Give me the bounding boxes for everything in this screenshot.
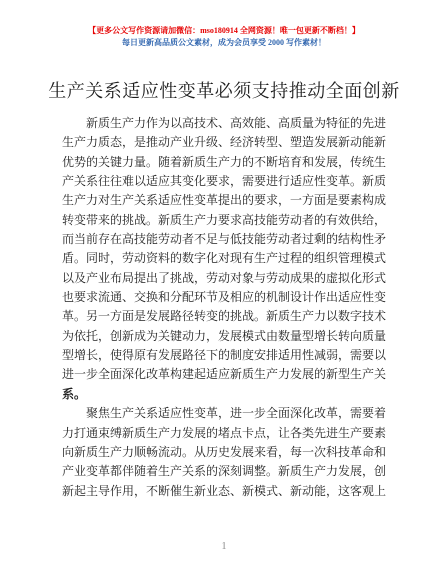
text-line: 力打通束缚新质生产力发展的堵点卡点，让各类先进生产要素 [62,424,386,443]
text-line: 产业变革都伴随着生产关系的深刻调整。新质生产力发展，创 [62,462,386,481]
text-line: 转变带来的挑战。新质生产力要求高技能劳动者的有效供给， [62,211,386,230]
text-line: 也要求流通、交换和分配环节及相应的机制设计作出适应性变 [62,288,386,307]
promo-line-blue: 每日更新高品质公文素材，成为会员享受 2000 写作素材！ [0,37,448,49]
paragraph: 聚焦生产关系适应性变革，进一步全面深化改革，需要着力打通束缚新质生产力发展的堵点… [62,404,386,501]
document-body: 新质生产力作为以高技术、高效能、高质量为特征的先进生产力质态，是推动产业升级、经… [62,114,386,501]
text-line: 产关系往往难以适应其变化要求，需要进行适应性变革。新质 [62,172,386,191]
text-line: 盾。同时，劳动资料的数字化对现有生产过程的组织管理模式 [62,249,386,268]
text-line: 革。另一方面是发展路径转变的挑战。新质生产力以数字技术 [62,307,386,326]
paragraph: 新质生产力作为以高技术、高效能、高质量为特征的先进生产力质态，是推动产业升级、经… [62,114,386,404]
text-line: 生产力对生产关系适应性变革提出的要求，一方面是要素构成 [62,191,386,210]
text-line: 型增长，使得原有发展路径下的制度安排适用性减弱，需要以 [62,346,386,365]
page-number: 1 [222,541,227,552]
document-page: 【更多公文写作资源请加微信：mso180914 全网资源！唯一包更新不断档！】 … [0,0,448,580]
promo-header: 【更多公文写作资源请加微信：mso180914 全网资源！唯一包更新不断档！】 … [0,25,448,49]
page-footer: 1 [0,536,448,554]
text-line: 进一步全面深化改革构建起适应新质生产力发展的新型生产关 [62,365,386,384]
text-line: 向新质生产力顺畅流动。从历史发展来看，每一次科技革命和 [62,443,386,462]
text-line: 而当前存在高技能劳动者不足与低技能劳动者过剩的结构性矛 [62,230,386,249]
text-line: 为依托，创新成为关键动力，发展模式由数量型增长转向质量 [62,327,386,346]
promo-line-red: 【更多公文写作资源请加微信：mso180914 全网资源！唯一包更新不断档！】 [0,25,448,37]
text-line: 以及产业布局提出了挑战，劳动对象与劳动成果的虚拟化形式 [62,269,386,288]
text-line: 系。 [62,385,386,404]
text-line: 优势的关键力量。随着新质生产力的不断培育和发展，传统生 [62,153,386,172]
text-line: 新质生产力作为以高技术、高效能、高质量为特征的先进 [62,114,386,133]
text-line: 生产力质态，是推动产业升级、经济转型、塑造发展新动能新 [62,133,386,152]
text-line: 新起主导作用，不断催生新业态、新模式、新动能，这客观上 [62,482,386,501]
text-line: 聚焦生产关系适应性变革，进一步全面深化改革，需要着 [62,404,386,423]
document-title: 生产关系适应性变革必须支持推动全面创新 [0,78,448,104]
